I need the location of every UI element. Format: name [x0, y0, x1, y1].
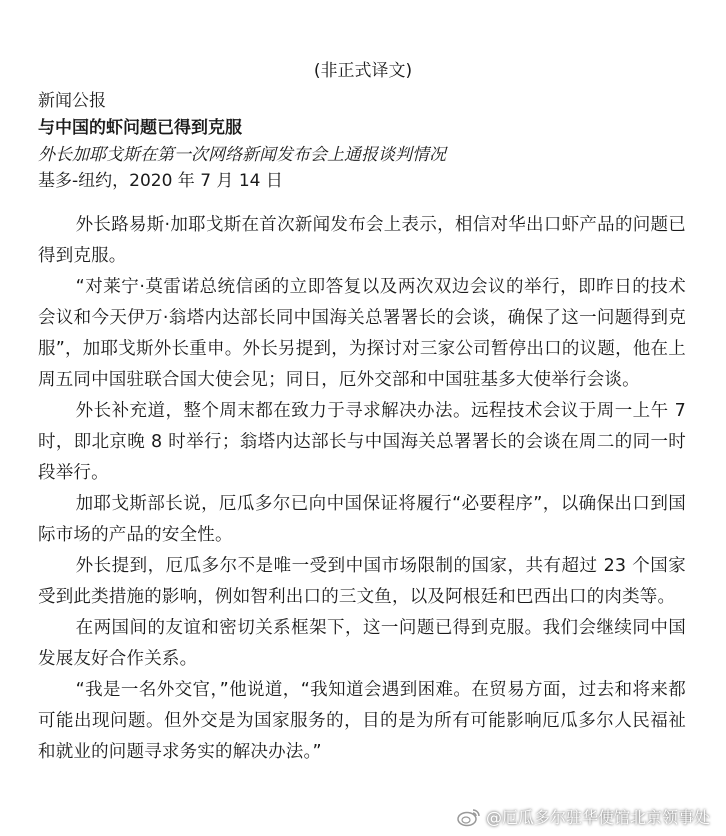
weibo-watermark: @厄瓜多尔驻华使馆北京领事处 — [456, 805, 710, 828]
press-release-label: 新闻公报 — [38, 86, 106, 111]
subtitle: 外长加耶戈斯在第一次网络新闻发布会上通报谈判情况 — [38, 140, 446, 165]
dateline: 基多-纽约，2020 年 7 月 14 日 — [38, 166, 283, 191]
paragraph: 外长提到，厄瓜多尔不是唯一受到中国市场限制的国家，共有超过 23 个国家受到此类… — [38, 551, 686, 613]
watermark-text: @厄瓜多尔驻华使馆北京领事处 — [486, 805, 710, 828]
paragraph: “对莱宁·莫雷诺总统信函的立即答复以及两次双边会议的举行，即昨日的技术会议和今天… — [38, 272, 686, 396]
paragraph: 在两国间的友谊和密切关系框架下，这一问题已得到克服。我们会继续同中国发展友好合作… — [38, 613, 686, 675]
weibo-icon — [456, 807, 482, 827]
headline: 与中国的虾问题已得到克服 — [38, 113, 242, 138]
paragraph: 加耶戈斯部长说，厄瓜多尔已向中国保证将履行“必要程序”，以确保出口到国际市场的产… — [38, 489, 686, 551]
paragraph: “我是一名外交官，”他说道，“我知道会遇到困难。在贸易方面，过去和将来都可能出现… — [38, 675, 686, 768]
paragraph: 外长补充道，整个周末都在致力于寻求解决办法。远程技术会议于周一上午 7 时，即北… — [38, 396, 686, 489]
article-body: 外长路易斯·加耶戈斯在首次新闻发布会上表示，相信对华出口虾产品的问题已得到克服。… — [38, 210, 686, 768]
translation-note: (非正式译文) — [0, 56, 726, 81]
paragraph: 外长路易斯·加耶戈斯在首次新闻发布会上表示，相信对华出口虾产品的问题已得到克服。 — [38, 210, 686, 272]
